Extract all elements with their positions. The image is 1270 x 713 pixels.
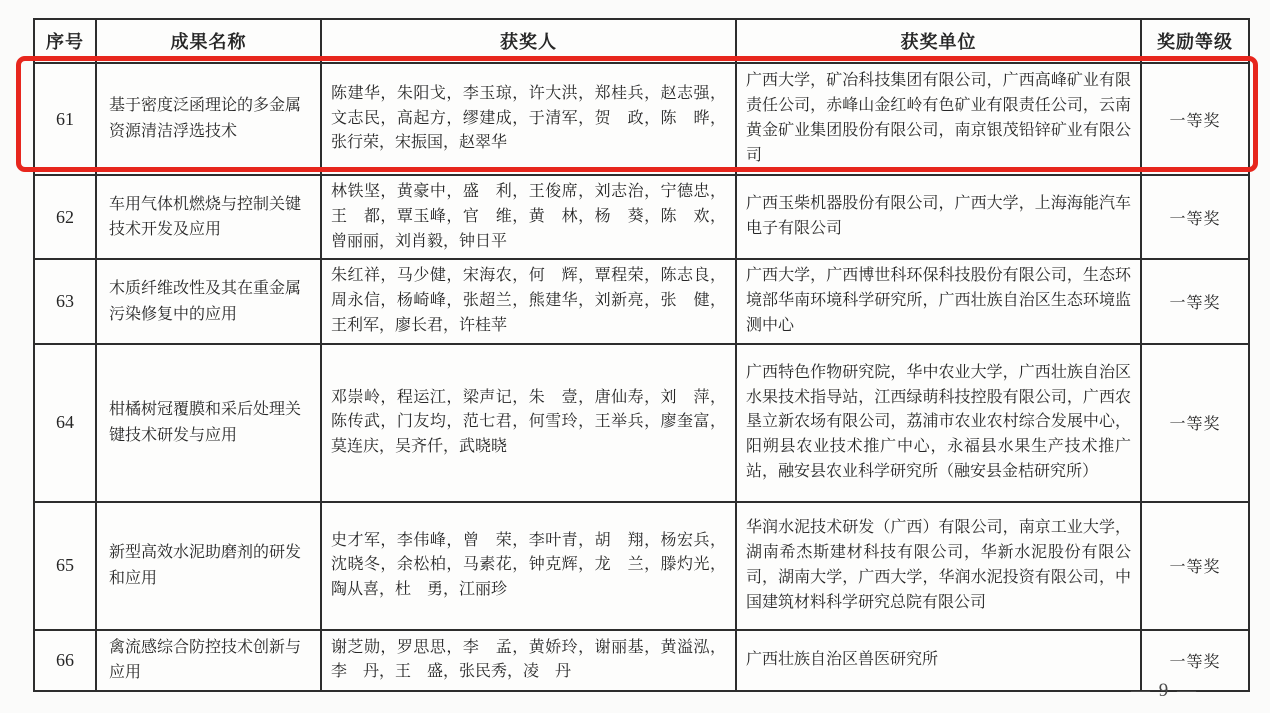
column-header-index: 序号 (34, 19, 96, 63)
cell-units: 广西玉柴机器股份有限公司，广西大学，上海海能汽车电子有限公司 (736, 175, 1141, 259)
table-body: 61基于密度泛函理论的多金属资源清洁浮选技术陈建华，朱阳戈，李玉琼，许大洪，郑桂… (34, 63, 1249, 691)
cell-achievement: 柑橘树冠覆膜和采后处理关键技术研发与应用 (96, 344, 321, 502)
cell-winners: 朱红祥，马少健，宋海农，何 辉，覃程荣，陈志良，周永信，杨崎峰，张超兰，熊建华，… (321, 259, 736, 343)
cell-units: 广西大学，广西博世科环保科技股份有限公司，生态环境部华南环境科学研究所，广西壮族… (736, 259, 1141, 343)
table-row-highlighted: 61基于密度泛函理论的多金属资源清洁浮选技术陈建华，朱阳戈，李玉琼，许大洪，郑桂… (34, 63, 1249, 175)
awards-table: 序号 成果名称 获奖人 获奖单位 奖励等级 61基于密度泛函理论的多金属资源清洁… (33, 18, 1250, 692)
table-header-row: 序号 成果名称 获奖人 获奖单位 奖励等级 (34, 19, 1249, 63)
cell-achievement: 新型高效水泥助磨剂的研发和应用 (96, 502, 321, 630)
cell-achievement: 禽流感综合防控技术创新与应用 (96, 630, 321, 691)
cell-winners: 谢芝勋，罗思思，李 孟，黄娇玲，谢丽基，黄溢泓，李 丹，王 盛，张民秀，凌 丹 (321, 630, 736, 691)
cell-index: 61 (34, 63, 96, 175)
table-row: 66禽流感综合防控技术创新与应用谢芝勋，罗思思，李 孟，黄娇玲，谢丽基，黄溢泓，… (34, 630, 1249, 691)
cell-level: 一等奖 (1141, 175, 1249, 259)
cell-achievement: 基于密度泛函理论的多金属资源清洁浮选技术 (96, 63, 321, 175)
cell-index: 63 (34, 259, 96, 343)
table-row: 62车用气体机燃烧与控制关键技术开发及应用林铁坚，黄豪中，盛 利，王俊席，刘志治… (34, 175, 1249, 259)
table-row: 64柑橘树冠覆膜和采后处理关键技术研发与应用邓崇岭，程运江，梁声记，朱 壹，唐仙… (34, 344, 1249, 502)
cell-units: 华润水泥技术研发（广西）有限公司，南京工业大学，湖南希杰斯建材科技有限公司，华新… (736, 502, 1141, 630)
table-row: 63木质纤维改性及其在重金属污染修复中的应用朱红祥，马少健，宋海农，何 辉，覃程… (34, 259, 1249, 343)
cell-winners: 邓崇岭，程运江，梁声记，朱 壹，唐仙寿，刘 萍，陈传武，门友均，范七君，何雪玲，… (321, 344, 736, 502)
column-header-achievement: 成果名称 (96, 19, 321, 63)
cell-achievement: 木质纤维改性及其在重金属污染修复中的应用 (96, 259, 321, 343)
cell-level: 一等奖 (1141, 344, 1249, 502)
column-header-units: 获奖单位 (736, 19, 1141, 63)
cell-units: 广西壮族自治区兽医研究所 (736, 630, 1141, 691)
cell-units: 广西特色作物研究院，华中农业大学，广西壮族自治区水果技术指导站，江西绿萌科技控股… (736, 344, 1141, 502)
cell-index: 64 (34, 344, 96, 502)
cell-level: 一等奖 (1141, 259, 1249, 343)
cell-winners: 陈建华，朱阳戈，李玉琼，许大洪，郑桂兵，赵志强，文志民，高起方，缪建成，于清军，… (321, 63, 736, 175)
page-number: — 9 — (1131, 680, 1198, 702)
cell-index: 65 (34, 502, 96, 630)
cell-level: 一等奖 (1141, 502, 1249, 630)
document-page: 序号 成果名称 获奖人 获奖单位 奖励等级 61基于密度泛函理论的多金属资源清洁… (0, 0, 1270, 713)
column-header-level: 奖励等级 (1141, 19, 1249, 63)
column-header-winners: 获奖人 (321, 19, 736, 63)
cell-winners: 史才军，李伟峰，曾 荣，李叶青，胡 翔，杨宏兵，沈晓冬，余松柏，马素花，钟克辉，… (321, 502, 736, 630)
cell-index: 66 (34, 630, 96, 691)
cell-units: 广西大学，矿冶科技集团有限公司，广西高峰矿业有限责任公司，赤峰山金红岭有色矿业有… (736, 63, 1141, 175)
table-row: 65新型高效水泥助磨剂的研发和应用史才军，李伟峰，曾 荣，李叶青，胡 翔，杨宏兵… (34, 502, 1249, 630)
cell-index: 62 (34, 175, 96, 259)
cell-achievement: 车用气体机燃烧与控制关键技术开发及应用 (96, 175, 321, 259)
cell-winners: 林铁坚，黄豪中，盛 利，王俊席，刘志治，宁德忠，王 都，覃玉峰，官 维，黄 林，… (321, 175, 736, 259)
cell-level: 一等奖 (1141, 63, 1249, 175)
